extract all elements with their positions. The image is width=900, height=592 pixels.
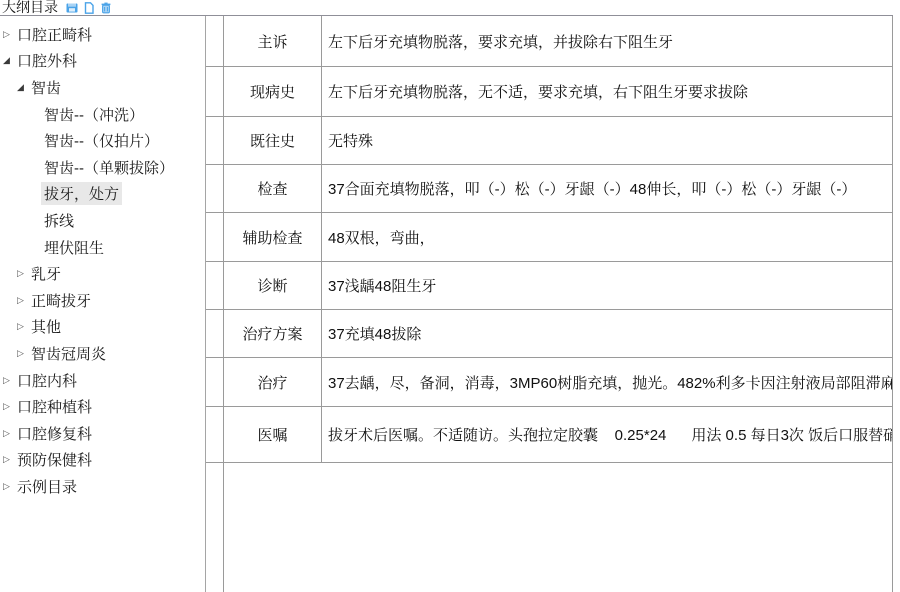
tree-item-label[interactable]: 口腔种植科 bbox=[14, 395, 95, 418]
row-gutter bbox=[206, 407, 224, 462]
record-field-value[interactable]: 无特殊 bbox=[322, 117, 892, 164]
tree-item[interactable]: 埋伏阻生 bbox=[0, 234, 204, 261]
tree-item[interactable]: 智齿--（冲洗） bbox=[0, 101, 204, 128]
tree-item-label[interactable]: 预防保健科 bbox=[14, 448, 95, 471]
record-row: 治疗 37去龋，尽，备洞，消毒，3MP60树脂充填，抛光。482%利多卡因注射液… bbox=[206, 358, 892, 407]
tree-item[interactable]: 拔牙，处方 bbox=[0, 181, 204, 208]
tree-item-label[interactable]: 埋伏阻生 bbox=[41, 236, 107, 259]
header-toolbar bbox=[66, 2, 112, 14]
tree-item-label[interactable]: 拔牙，处方 bbox=[41, 182, 122, 205]
record-field-label: 现病史 bbox=[224, 67, 322, 116]
expander-icon[interactable]: ▷ bbox=[3, 402, 14, 411]
tree-item-label[interactable]: 口腔内科 bbox=[14, 369, 80, 392]
record-row: 既往史 无特殊 bbox=[206, 117, 892, 165]
row-gutter bbox=[206, 117, 224, 164]
tree-item[interactable]: ▷ 正畸拔牙 bbox=[0, 287, 204, 314]
record-row: 诊断 37浅龋48阻生牙 bbox=[206, 262, 892, 310]
tree-item-label[interactable]: 智齿冠周炎 bbox=[28, 342, 109, 365]
record-row: 辅助检查 48双根，弯曲， bbox=[206, 213, 892, 262]
record-field-value[interactable]: 拔牙术后医嘱。不适随访。头孢拉定胶囊 0.25*24 用法 0.5 每日3次 饭… bbox=[322, 407, 892, 462]
tree-item[interactable]: ▷ 预防保健科 bbox=[0, 447, 204, 474]
tree-item[interactable]: ◢ 口腔外科 bbox=[0, 48, 204, 75]
record-row: 治疗方案 37充填48拔除 bbox=[206, 310, 892, 358]
row-gutter bbox=[206, 165, 224, 212]
tree-item-label[interactable]: 口腔修复科 bbox=[14, 422, 95, 445]
expander-icon[interactable]: ◢ bbox=[3, 56, 14, 65]
expander-icon[interactable]: ▷ bbox=[3, 429, 14, 438]
expander-icon[interactable]: ▷ bbox=[3, 455, 14, 464]
tree-item[interactable]: 拆线 bbox=[0, 207, 204, 234]
record-field-value[interactable]: 37合面充填物脱落，叩（-）松（-）牙龈（-）48伸长，叩（-）松（-）牙龈（-… bbox=[322, 165, 892, 212]
delete-icon[interactable] bbox=[100, 2, 112, 14]
row-gutter bbox=[206, 262, 224, 309]
row-gutter bbox=[206, 67, 224, 116]
record-row: 现病史 左下后牙充填物脱落，无不适，要求充填，右下阻生牙要求拔除 bbox=[206, 67, 892, 117]
record-field-value[interactable]: 左下后牙充填物脱落，无不适，要求充填，右下阻生牙要求拔除 bbox=[322, 67, 892, 116]
tree-item[interactable]: ▷ 口腔修复科 bbox=[0, 420, 204, 447]
outline-header: 大纲目录 bbox=[2, 0, 112, 15]
save-icon[interactable] bbox=[66, 2, 78, 14]
outline-tree: ▷ 口腔正畸科 ◢ 口腔外科 ◢ 智齿 智齿--（冲洗） 智齿--（仅拍片） 智… bbox=[0, 21, 204, 500]
row-gutter bbox=[206, 463, 224, 592]
record-field-value[interactable]: 48双根，弯曲， bbox=[322, 213, 892, 261]
record-field-value[interactable]: 37去龋，尽，备洞，消毒，3MP60树脂充填，抛光。482%利多卡因注射液局部阻… bbox=[322, 358, 892, 406]
tree-item-label[interactable]: 智齿 bbox=[28, 76, 64, 99]
tree-item-label[interactable]: 智齿--（冲洗） bbox=[41, 103, 147, 126]
expander-icon[interactable]: ▷ bbox=[3, 30, 14, 39]
record-field-value[interactable]: 左下后牙充填物脱落，要求充填，并拔除右下阻生牙 bbox=[322, 16, 892, 66]
expander-icon[interactable]: ▷ bbox=[17, 349, 28, 358]
tree-item-label[interactable]: 口腔正畸科 bbox=[14, 23, 95, 46]
record-field-label: 治疗 bbox=[224, 358, 322, 406]
tree-item-label[interactable]: 拆线 bbox=[41, 209, 77, 232]
row-gutter bbox=[206, 213, 224, 261]
expander-icon[interactable]: ▷ bbox=[17, 322, 28, 331]
record-field-label: 治疗方案 bbox=[224, 310, 322, 357]
tree-item[interactable]: ▷ 乳牙 bbox=[0, 260, 204, 287]
row-gutter bbox=[206, 16, 224, 66]
tree-item[interactable]: ▷ 其他 bbox=[0, 314, 204, 341]
record-row: 主诉 左下后牙充填物脱落，要求充填，并拔除右下阻生牙 bbox=[206, 16, 892, 67]
tree-item-label[interactable]: 口腔外科 bbox=[14, 49, 80, 72]
tree-item-label[interactable]: 乳牙 bbox=[28, 262, 64, 285]
tree-item-label[interactable]: 示例目录 bbox=[14, 475, 80, 498]
tree-item-label[interactable]: 其他 bbox=[28, 315, 64, 338]
record-field-label: 既往史 bbox=[224, 117, 322, 164]
record-field-value[interactable]: 37浅龋48阻生牙 bbox=[322, 262, 892, 309]
expander-icon[interactable]: ▷ bbox=[17, 269, 28, 278]
table-empty-area bbox=[206, 463, 892, 592]
expander-icon[interactable]: ▷ bbox=[3, 376, 14, 385]
record-field-label: 主诉 bbox=[224, 16, 322, 66]
expander-icon[interactable]: ▷ bbox=[3, 482, 14, 491]
new-document-icon[interactable] bbox=[83, 2, 95, 14]
tree-item-label[interactable]: 智齿--（仅拍片） bbox=[41, 129, 162, 152]
tree-item[interactable]: ▷ 口腔正畸科 bbox=[0, 21, 204, 48]
record-field-label: 检查 bbox=[224, 165, 322, 212]
tree-item[interactable]: ◢ 智齿 bbox=[0, 74, 204, 101]
tree-item[interactable]: ▷ 口腔内科 bbox=[0, 367, 204, 394]
tree-item[interactable]: ▷ 智齿冠周炎 bbox=[0, 340, 204, 367]
row-gutter bbox=[206, 358, 224, 406]
tree-item-label[interactable]: 智齿--（单颗拔除） bbox=[41, 156, 177, 179]
tree-item[interactable]: 智齿--（仅拍片） bbox=[0, 127, 204, 154]
page-title: 大纲目录 bbox=[2, 0, 58, 15]
record-row: 医嘱 拔牙术后医嘱。不适随访。头孢拉定胶囊 0.25*24 用法 0.5 每日3… bbox=[206, 407, 892, 463]
record-row: 检查 37合面充填物脱落，叩（-）松（-）牙龈（-）48伸长，叩（-）松（-）牙… bbox=[206, 165, 892, 213]
record-field-label: 诊断 bbox=[224, 262, 322, 309]
medical-record-table: 主诉 左下后牙充填物脱落，要求充填，并拔除右下阻生牙 现病史 左下后牙充填物脱落… bbox=[205, 16, 893, 592]
tree-item[interactable]: ▷ 口腔种植科 bbox=[0, 393, 204, 420]
tree-item-label[interactable]: 正畸拔牙 bbox=[28, 289, 94, 312]
expander-icon[interactable]: ▷ bbox=[17, 296, 28, 305]
record-field-label: 医嘱 bbox=[224, 407, 322, 462]
tree-item[interactable]: 智齿--（单颗拔除） bbox=[0, 154, 204, 181]
expander-icon[interactable]: ◢ bbox=[17, 83, 28, 92]
record-field-value[interactable]: 37充填48拔除 bbox=[322, 310, 892, 357]
tree-item[interactable]: ▷ 示例目录 bbox=[0, 473, 204, 500]
row-gutter bbox=[206, 310, 224, 357]
record-field-label: 辅助检查 bbox=[224, 213, 322, 261]
